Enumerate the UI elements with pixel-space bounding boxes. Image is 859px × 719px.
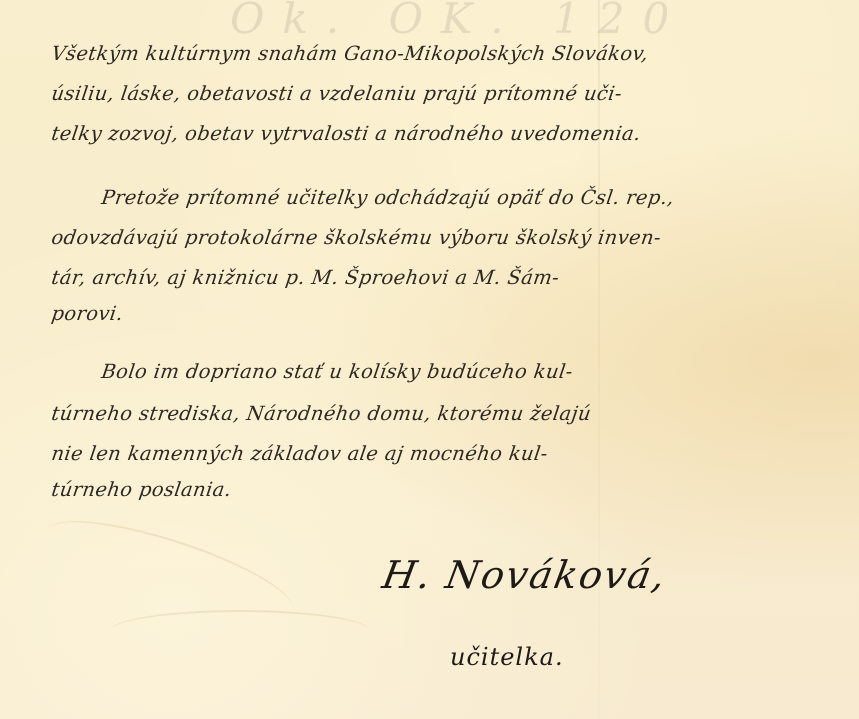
paragraph-3-line-2: túrneho strediska, Národného domu, ktoré… <box>50 402 593 425</box>
paragraph-3-line-1: Bolo im dopriano stať u kolísky budúceho… <box>100 360 574 383</box>
signature-role: učitelka. <box>450 643 564 671</box>
paragraph-1-line-1: Všetkým kultúrnym snahám Gano-Mikopolský… <box>50 42 650 65</box>
paragraph-2-line-4: porovi. <box>50 302 125 325</box>
paragraph-2-line-1: Pretože prítomné učitelky odchádzajú opä… <box>100 186 676 209</box>
paragraph-1-line-3: telky zozvoj, obetav vytrvalosti a národ… <box>50 122 642 145</box>
paragraph-1-line-2: úsiliu, láske, obetavosti a vzdelaniu pr… <box>50 82 624 105</box>
paper-crease <box>110 610 370 652</box>
signature: H. Nováková, <box>379 553 670 597</box>
paragraph-3-line-4: túrneho poslania. <box>50 478 233 501</box>
faded-stamp: Ok. OK. 120 <box>230 0 687 43</box>
paragraph-3-line-3: nie len kamenných základov ale aj mocnéh… <box>50 442 549 465</box>
paragraph-2-line-3: tár, archív, aj knižnicu p. M. Šproehovi… <box>50 266 561 289</box>
page-fold-line <box>598 0 600 719</box>
paragraph-2-line-2: odovzdávajú protokolárne školskému výbor… <box>50 226 663 249</box>
handwritten-document-page: Ok. OK. 120 Všetkým kultúrnym snahám Gan… <box>0 0 859 719</box>
